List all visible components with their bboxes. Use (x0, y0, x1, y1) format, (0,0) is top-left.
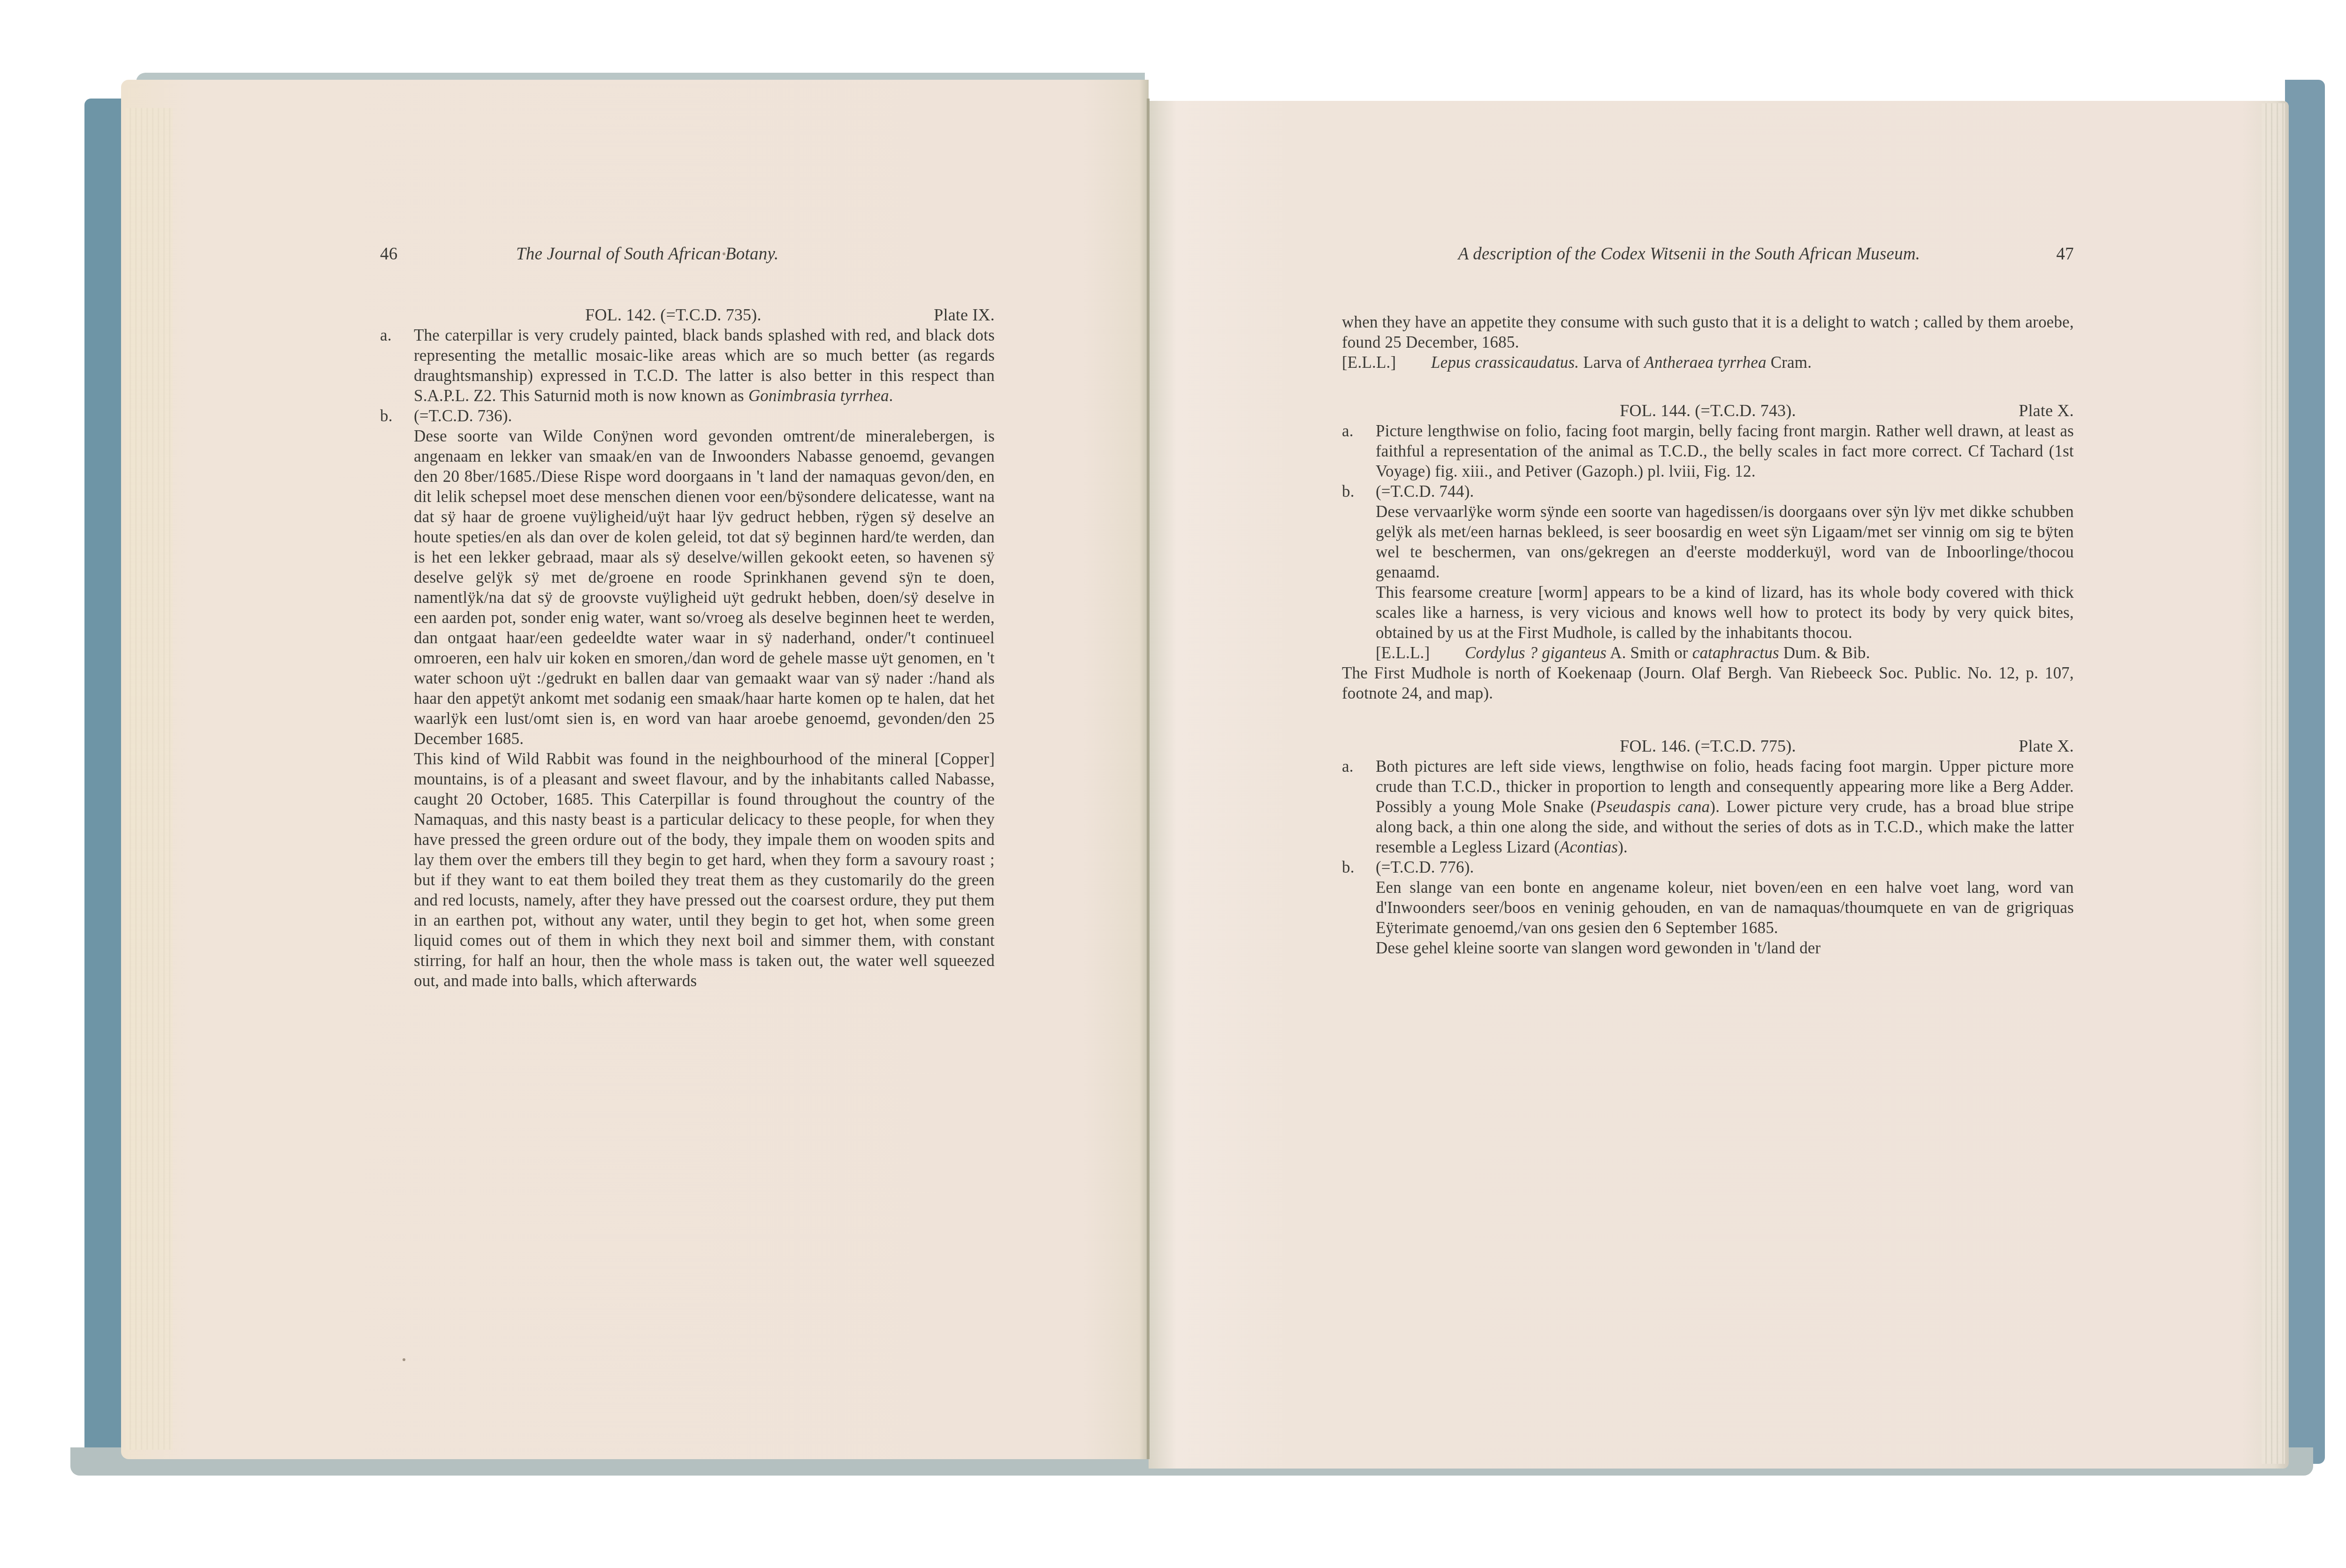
text: Dum. & Bib. (1779, 644, 1870, 662)
journal-title: The Journal of South African Botany. (516, 244, 778, 264)
ell-note: [E.L.L.] Cordylus ? giganteus A. Smith o… (1376, 643, 2074, 663)
paper-speck (403, 1358, 405, 1361)
entry-b: b. (=T.C.D. 776). Een slange van een bon… (1342, 857, 2074, 958)
entry-heading: (=T.C.D. 736). (414, 406, 995, 426)
note-paragraph: The First Mudhole is north of Koekenaap … (1342, 663, 2074, 703)
page-number: 47 (2057, 244, 2074, 264)
folio-label: FOL. 146. (=T.C.D. 775). (1342, 736, 2074, 756)
ell-tag: [E.L.L.] (1342, 352, 1431, 373)
entry-marker: a. (1342, 756, 1354, 776)
text: Larva of (1579, 353, 1644, 372)
species-name: Antheraea tyrrhea (1644, 353, 1766, 372)
entry-marker: b. (380, 406, 393, 426)
dutch-paragraph: Een slange van een bonte en angename kol… (1376, 877, 2074, 938)
species-name: Pseudaspis cana (1596, 798, 1710, 816)
text: ). (1618, 838, 1628, 856)
dutch-paragraph: Dese soorte van Wilde Conÿnen word gevon… (414, 426, 995, 749)
species-name: Cordylus ? giganteus (1465, 644, 1607, 662)
book-gutter (1147, 99, 1150, 1459)
entry-a: a. Picture lengthwise on folio, facing f… (1342, 421, 2074, 481)
left-page-edges (126, 108, 173, 1450)
plate-label: Plate X. (2018, 401, 2074, 421)
right-page-edges (2262, 103, 2285, 1464)
dutch-paragraph: Dese gehel kleine soorte van slangen wor… (1376, 938, 2074, 958)
ell-value: Cordylus ? giganteus A. Smith or cataphr… (1465, 643, 2074, 663)
entry-b: b. (=T.C.D. 744). Dese vervaarlÿke worm … (1342, 481, 2074, 703)
entry-heading: (=T.C.D. 744). (1376, 481, 2074, 502)
entry-a: a. Both pictures are left side views, le… (1342, 756, 2074, 857)
entry-b: b. (=T.C.D. 736). Dese soorte van Wilde … (380, 406, 995, 991)
ell-note: [E.L.L.] Lepus crassicaudatus. Larva of … (1342, 352, 2074, 373)
running-head-right: A description of the Codex Witsenii in t… (1342, 244, 2074, 286)
species-name: Acontias (1560, 838, 1618, 856)
ell-value: Lepus crassicaudatus. Larva of Antheraea… (1431, 352, 2074, 373)
entry-marker: b. (1342, 481, 1355, 502)
page-number: 46 (380, 244, 397, 264)
entry-marker: a. (1342, 421, 1354, 441)
entry-heading: (=T.C.D. 776). (1376, 857, 2074, 877)
entry-paragraph: Both pictures are left side views, lengt… (1376, 756, 2074, 857)
left-page-text: 46 The Journal of South African Botany. … (380, 244, 995, 991)
entry-a: a. The caterpillar is very crudely paint… (380, 325, 995, 406)
folio-label: FOL. 142. (=T.C.D. 735). (366, 305, 981, 325)
continuation: when they have an appetite they consume … (1342, 312, 2074, 373)
entry-paragraph: The caterpillar is very crudely painted,… (414, 325, 995, 406)
english-paragraph: This fearsome creature [worm] appears to… (1376, 582, 2074, 643)
text: The caterpillar is very crudely painted,… (414, 326, 995, 405)
entry-marker: b. (1342, 857, 1355, 877)
running-head-left: 46 The Journal of South African Botany. (380, 244, 995, 272)
folio-label: FOL. 144. (=T.C.D. 743). (1342, 401, 2074, 421)
book-cover-right (2285, 80, 2325, 1464)
folio-heading: FOL. 142. (=T.C.D. 735). Plate IX. (380, 305, 995, 325)
text: . (889, 387, 893, 405)
species-name: Lepus crassicaudatus. (1431, 353, 1579, 372)
article-title: A description of the Codex Witsenii in t… (1351, 244, 2027, 265)
ell-tag: [E.L.L.] (1376, 643, 1465, 663)
continuation-paragraph: when they have an appetite they consume … (1342, 312, 2074, 352)
entry-paragraph: Picture lengthwise on folio, facing foot… (1376, 421, 2074, 481)
dutch-paragraph: Dese vervaarlÿke worm sÿnde een soorte v… (1376, 502, 2074, 582)
entry-marker: a. (380, 325, 392, 345)
right-page-text: A description of the Codex Witsenii in t… (1342, 244, 2074, 958)
text: A. Smith or (1607, 644, 1692, 662)
species-name: cataphractus (1692, 644, 1779, 662)
text: Cram. (1767, 353, 1812, 372)
folio-heading: FOL. 144. (=T.C.D. 743). Plate X. (1342, 401, 2074, 421)
english-paragraph: This kind of Wild Rabbit was found in th… (414, 749, 995, 991)
folio-heading: FOL. 146. (=T.C.D. 775). Plate X. (1342, 736, 2074, 756)
species-name: Gonimbrasia tyrrhea (748, 387, 889, 405)
plate-label: Plate X. (2018, 736, 2074, 756)
plate-label: Plate IX. (934, 305, 995, 325)
